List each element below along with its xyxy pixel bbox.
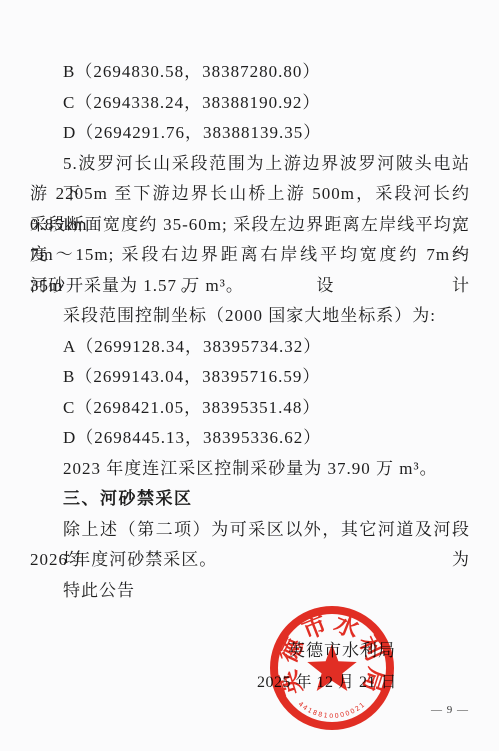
- coord-line-b1: B（2694830.58，38387280.80）: [30, 57, 470, 88]
- paragraph-line: 游 2205m 至下游边界长山桥上游 500m，采段河长约 0.85km，: [30, 179, 470, 210]
- paragraph-line: 7m～15m; 采段右边界距离右岸线平均宽度约 7m～35m。设计: [30, 240, 470, 271]
- coord-line-d1: D（2694291.76，38388139.35）: [30, 118, 470, 149]
- coord-line-b2: B（2699143.04，38395716.59）: [30, 362, 470, 393]
- coord-line-c1: C（2694338.24，38388190.92）: [30, 88, 470, 119]
- document-body: B（2694830.58，38387280.80） C（2694338.24，3…: [30, 57, 470, 606]
- signature-org: 英德市水利局: [288, 636, 396, 661]
- page-number: — 9 —: [420, 704, 480, 716]
- seal-serial: 4418810000021: [297, 700, 368, 720]
- paragraph-line: 5.波罗河长山采段范围为上游边界波罗河陂头电站下: [30, 149, 470, 180]
- paragraph-line: 2023 年度连江采区控制采砂量为 37.90 万 m³。: [30, 454, 470, 485]
- paragraph-line: 除上述（第二项）为可采区以外，其它河道及河段均为: [30, 515, 470, 546]
- coord-line-c2: C（2698421.05，38395351.48）: [30, 393, 470, 424]
- official-seal-icon: 英德市水利局 4418810000021: [262, 598, 402, 738]
- paragraph-line: 采段断面宽度约 35-60m; 采段左边界距离左岸线平均宽度约: [30, 210, 470, 241]
- signature-date: 2025 年 12 月 21 日: [257, 669, 397, 692]
- coord-line-d2: D（2698445.13，38395336.62）: [30, 423, 470, 454]
- closing-line: 特此公告: [30, 576, 470, 607]
- coord-line-a2: A（2699128.34，38395734.32）: [30, 332, 470, 363]
- paragraph-line: 采段范围控制坐标（2000 国家大地坐标系）为:: [30, 301, 470, 332]
- seal-ring: [274, 610, 390, 726]
- section-heading: 三、河砂禁采区: [30, 484, 470, 515]
- document-page: B（2694830.58，38387280.80） C（2694338.24，3…: [0, 0, 499, 751]
